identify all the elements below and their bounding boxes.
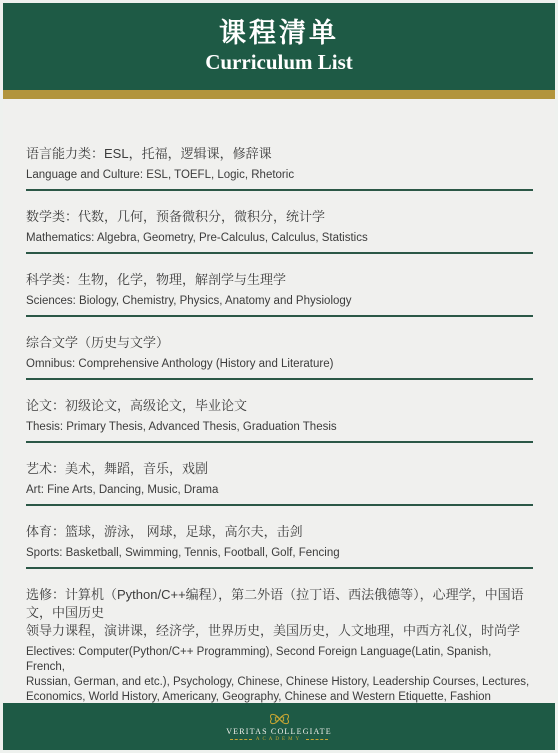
item-title-zh: 选修：计算机（Python/C++编程），第二外语（拉丁语、西法俄德等），心理学… — [26, 586, 533, 640]
item-title-zh: 语言能力类：ESL，托福，逻辑课，修辞课 — [26, 145, 533, 163]
gold-accent-bar — [3, 90, 555, 99]
item-title-zh: 论文：初级论文，高级论文，毕业论文 — [26, 397, 533, 415]
curriculum-item-sports: 体育：篮球，游泳， 网球，足球，高尔夫，击剑 Sports: Basketbal… — [26, 523, 533, 569]
item-title-en: Thesis: Primary Thesis, Advanced Thesis,… — [26, 420, 533, 435]
item-title-en: Sports: Basketball, Swimming, Tennis, Fo… — [26, 546, 533, 561]
item-title-en: Sciences: Biology, Chemistry, Physics, A… — [26, 294, 533, 309]
curriculum-item-mathematics: 数学类：代数，几何，预备微积分，微积分，统计学 Mathematics: Alg… — [26, 208, 533, 254]
item-title-en: Language and Culture: ESL, TOEFL, Logic,… — [26, 168, 533, 183]
item-title-zh: 数学类：代数，几何，预备微积分，微积分，统计学 — [26, 208, 533, 226]
footer-org-name: VERITAS COLLEGIATE — [226, 728, 332, 736]
curriculum-item-omnibus: 综合文学（历史与文学） Omnibus: Comprehensive Antho… — [26, 334, 533, 380]
curriculum-item-sciences: 科学类：生物，化学，物理，解剖学与生理学 Sciences: Biology, … — [26, 271, 533, 317]
curriculum-item-thesis: 论文：初级论文，高级论文，毕业论文 Thesis: Primary Thesis… — [26, 397, 533, 443]
curriculum-page: 课程清单 Curriculum List 语言能力类：ESL，托福，逻辑课，修辞… — [0, 0, 558, 753]
item-title-zh: 综合文学（历史与文学） — [26, 334, 533, 352]
curriculum-list: 语言能力类：ESL，托福，逻辑课，修辞课 Language and Cultur… — [3, 99, 555, 703]
page-title-en: Curriculum List — [205, 52, 353, 73]
item-title-en: Mathematics: Algebra, Geometry, Pre-Calc… — [26, 231, 533, 246]
item-title-zh: 艺术：美术，舞蹈，音乐，戏剧 — [26, 460, 533, 478]
item-title-zh: 体育：篮球，游泳， 网球，足球，高尔夫，击剑 — [26, 523, 533, 541]
item-title-en: Art: Fine Arts, Dancing, Music, Drama — [26, 483, 533, 498]
page-title-zh: 课程清单 — [219, 20, 339, 47]
footer-org-subtitle-row: ACADEMY — [230, 737, 328, 742]
footer-org-subtitle: ACADEMY — [256, 737, 302, 742]
curriculum-item-language: 语言能力类：ESL，托福，逻辑课，修辞课 Language and Cultur… — [26, 145, 533, 191]
item-title-zh: 科学类：生物，化学，物理，解剖学与生理学 — [26, 271, 533, 289]
item-title-en: Electives: Computer(Python/C++ Programmi… — [26, 645, 533, 703]
curriculum-item-art: 艺术：美术，舞蹈，音乐，戏剧 Art: Fine Arts, Dancing, … — [26, 460, 533, 506]
ornamental-knot-icon — [266, 711, 293, 727]
left-dash-divider — [230, 739, 252, 740]
page-footer: VERITAS COLLEGIATE ACADEMY — [3, 703, 555, 750]
page-header: 课程清单 Curriculum List — [3, 3, 555, 90]
item-title-en: Omnibus: Comprehensive Anthology (Histor… — [26, 357, 533, 372]
right-dash-divider — [306, 739, 328, 740]
curriculum-item-electives: 选修：计算机（Python/C++编程），第二外语（拉丁语、西法俄德等），心理学… — [26, 586, 533, 703]
